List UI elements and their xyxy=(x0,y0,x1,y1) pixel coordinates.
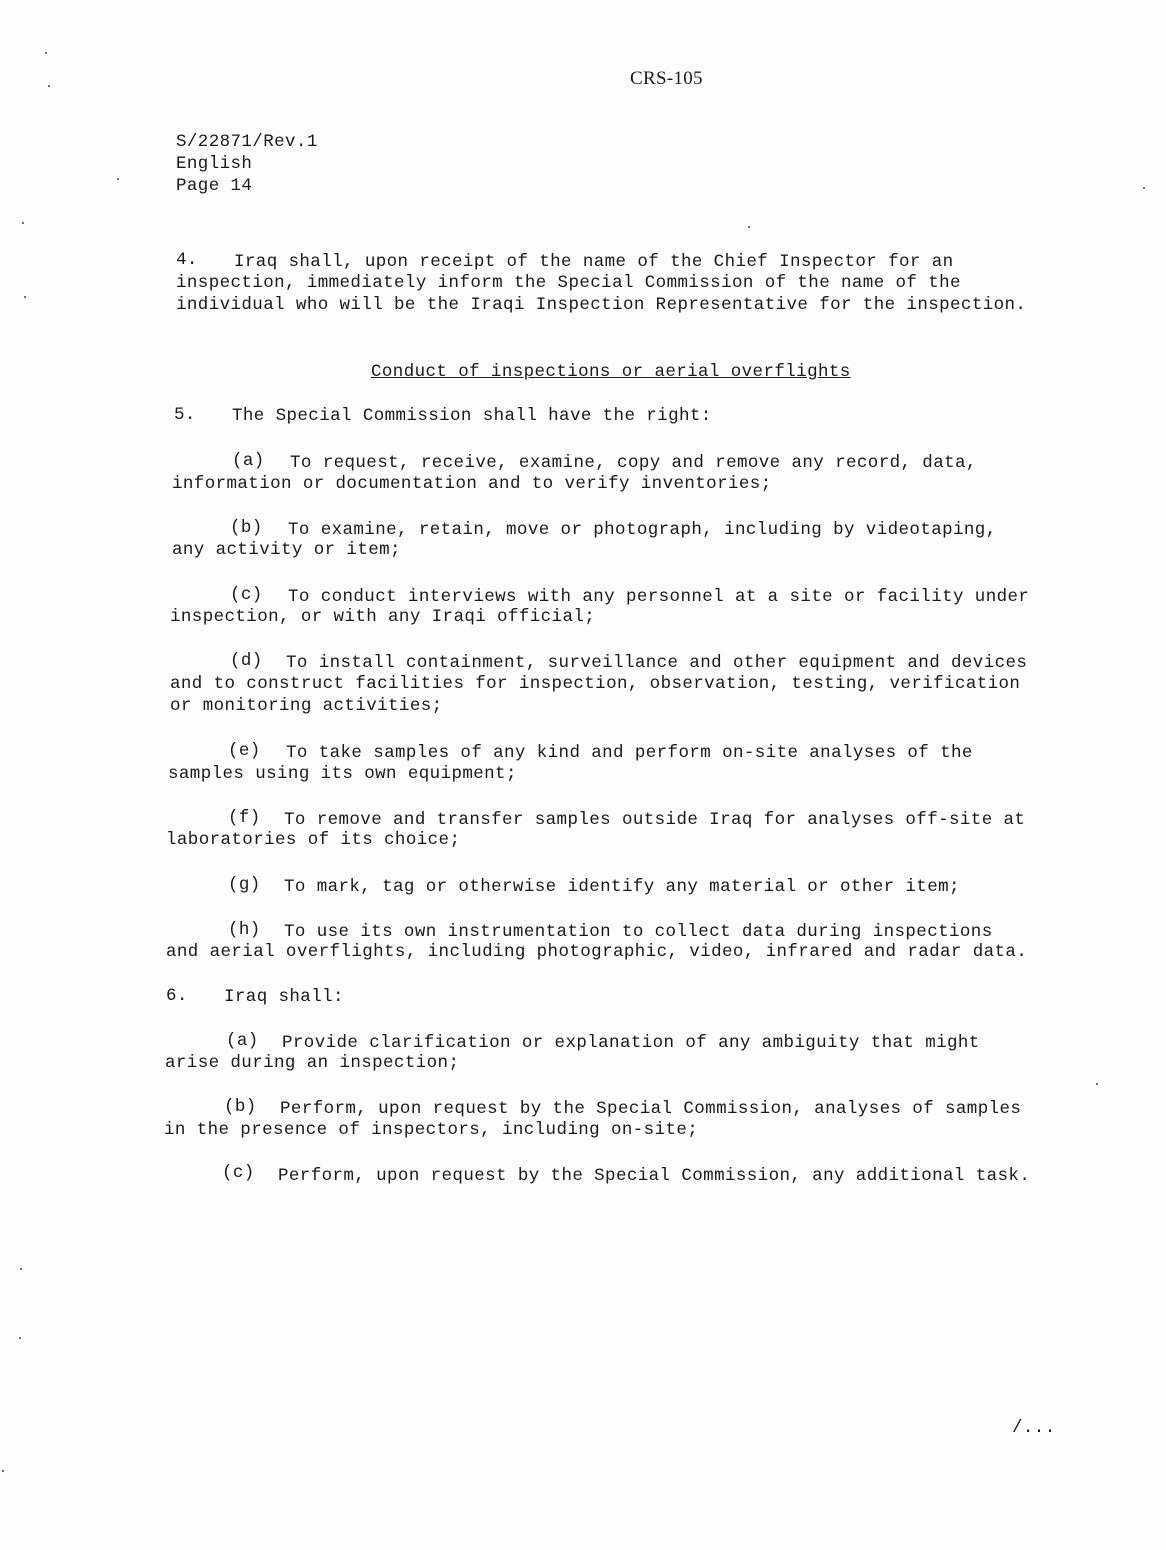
scan-speck xyxy=(2,1470,4,1472)
paragraph-6-intro: Iraq shall: xyxy=(224,987,344,1007)
item-5f-label: (f) xyxy=(228,808,261,828)
item-6a-label: (a) xyxy=(226,1031,259,1051)
item-5d-line-3: or monitoring activities; xyxy=(170,696,443,716)
paragraph-4-line-2: inspection, immediately inform the Speci… xyxy=(176,273,961,293)
item-5b-line-2: any activity or item; xyxy=(172,540,401,560)
scan-speck xyxy=(117,178,119,180)
item-5f-line-2: laboratories of its choice; xyxy=(166,830,460,850)
item-5e-line-2: samples using its own equipment; xyxy=(168,764,517,784)
document-language: English xyxy=(176,154,252,174)
document-symbol: S/22871/Rev.1 xyxy=(176,132,318,152)
scan-speck xyxy=(19,1337,21,1339)
item-5e-label: (e) xyxy=(228,741,261,761)
item-5e-line-1: To take samples of any kind and perform … xyxy=(286,743,973,763)
scan-speck xyxy=(1143,187,1145,189)
scan-speck xyxy=(48,85,50,87)
item-5g-line-1: To mark, tag or otherwise identify any m… xyxy=(284,877,960,897)
item-5c-line-1: To conduct interviews with any personnel… xyxy=(288,587,1029,607)
paragraph-5-number: 5. xyxy=(174,405,196,425)
section-heading: Conduct of inspections or aerial overfli… xyxy=(371,362,851,382)
scan-speck xyxy=(748,226,750,228)
item-5g-label: (g) xyxy=(228,875,261,895)
item-5b-label: (b) xyxy=(230,518,263,538)
paragraph-4-line-1: Iraq shall, upon receipt of the name of … xyxy=(234,252,954,272)
document-page: CRS-105 S/22871/Rev.1 English Page 14 4.… xyxy=(0,0,1166,1550)
item-5c-line-2: inspection, or with any Iraqi official; xyxy=(170,607,595,627)
paragraph-4-number: 4. xyxy=(176,250,198,270)
item-6c-label: (c) xyxy=(222,1163,255,1183)
crs-page-number: CRS-105 xyxy=(630,68,703,90)
document-page-number: Page 14 xyxy=(176,176,252,196)
paragraph-4-line-3: individual who will be the Iraqi Inspect… xyxy=(176,295,1026,315)
paragraph-6-number: 6. xyxy=(166,986,188,1006)
item-6b-label: (b) xyxy=(224,1097,257,1117)
item-5h-line-1: To use its own instrumentation to collec… xyxy=(284,922,993,942)
item-5f-line-1: To remove and transfer samples outside I… xyxy=(284,810,1025,830)
item-6a-line-1: Provide clarification or explanation of … xyxy=(282,1033,980,1053)
scan-speck xyxy=(45,52,47,54)
item-6b-line-1: Perform, upon request by the Special Com… xyxy=(280,1099,1021,1119)
item-5b-line-1: To examine, retain, move or photograph, … xyxy=(288,520,997,540)
item-5h-label: (h) xyxy=(228,920,261,940)
continuation-mark: /... xyxy=(1012,1418,1056,1438)
item-6a-line-2: arise during an inspection; xyxy=(165,1053,459,1073)
scan-speck xyxy=(1096,1083,1098,1085)
item-5a-line-2: information or documentation and to veri… xyxy=(172,474,772,494)
item-6b-line-2: in the presence of inspectors, including… xyxy=(164,1120,698,1140)
scan-speck xyxy=(20,1268,22,1270)
item-5d-line-1: To install containment, surveillance and… xyxy=(286,653,1027,673)
item-5a-label: (a) xyxy=(232,451,265,471)
item-6c-line-1: Perform, upon request by the Special Com… xyxy=(278,1166,1030,1186)
item-5c-label: (c) xyxy=(230,585,263,605)
item-5h-line-2: and aerial overflights, including photog… xyxy=(166,942,1027,962)
item-5d-label: (d) xyxy=(230,651,263,671)
scan-speck xyxy=(24,296,26,298)
item-5a-line-1: To request, receive, examine, copy and r… xyxy=(290,453,977,473)
paragraph-5-intro: The Special Commission shall have the ri… xyxy=(232,406,712,426)
item-5d-line-2: and to construct facilities for inspecti… xyxy=(170,674,1020,694)
scan-speck xyxy=(22,222,24,224)
